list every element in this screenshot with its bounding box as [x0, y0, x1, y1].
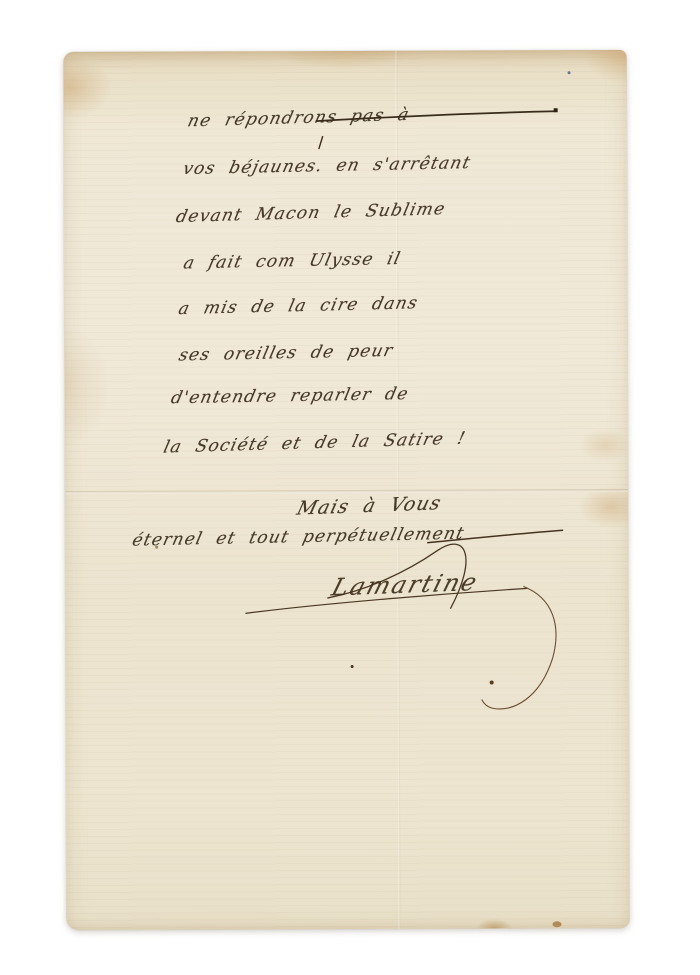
handwritten-line: devant Macon le Sublime	[174, 199, 448, 227]
fold-crease-horizontal	[65, 489, 628, 494]
handwritten-line: a fait com Ulysse il	[181, 249, 403, 274]
handwritten-line: la Société et de la Satire !	[161, 429, 468, 458]
closing-line: éternel et tout perpétuellement	[130, 524, 466, 551]
dash-end-dot	[554, 108, 558, 112]
signature: Lamartine	[329, 568, 482, 602]
handwritten-line: ne répondrons pas à	[186, 105, 412, 132]
letter-sheet: ne répondrons pas à vos béjaunes. en s'a…	[63, 50, 629, 930]
foxing-dot	[155, 546, 158, 549]
bottom-edge-stain	[553, 921, 562, 927]
signature-tail-flourish	[481, 586, 556, 709]
blue-speck	[568, 71, 571, 74]
handwritten-line: d'entendre reparler de	[169, 384, 411, 408]
ink-speck	[490, 680, 494, 684]
handwritten-line: a mis de la cire dans	[177, 293, 421, 319]
accent-stroke	[319, 136, 323, 149]
ink-speck	[351, 665, 354, 668]
closing-line: Mais à Vous	[295, 492, 444, 519]
letter-photograph: ne répondrons pas à vos béjaunes. en s'a…	[0, 0, 700, 975]
handwritten-line: vos béjaunes. en s'arrêtant	[181, 153, 473, 179]
handwritten-line: ses oreilles de peur	[177, 341, 396, 365]
